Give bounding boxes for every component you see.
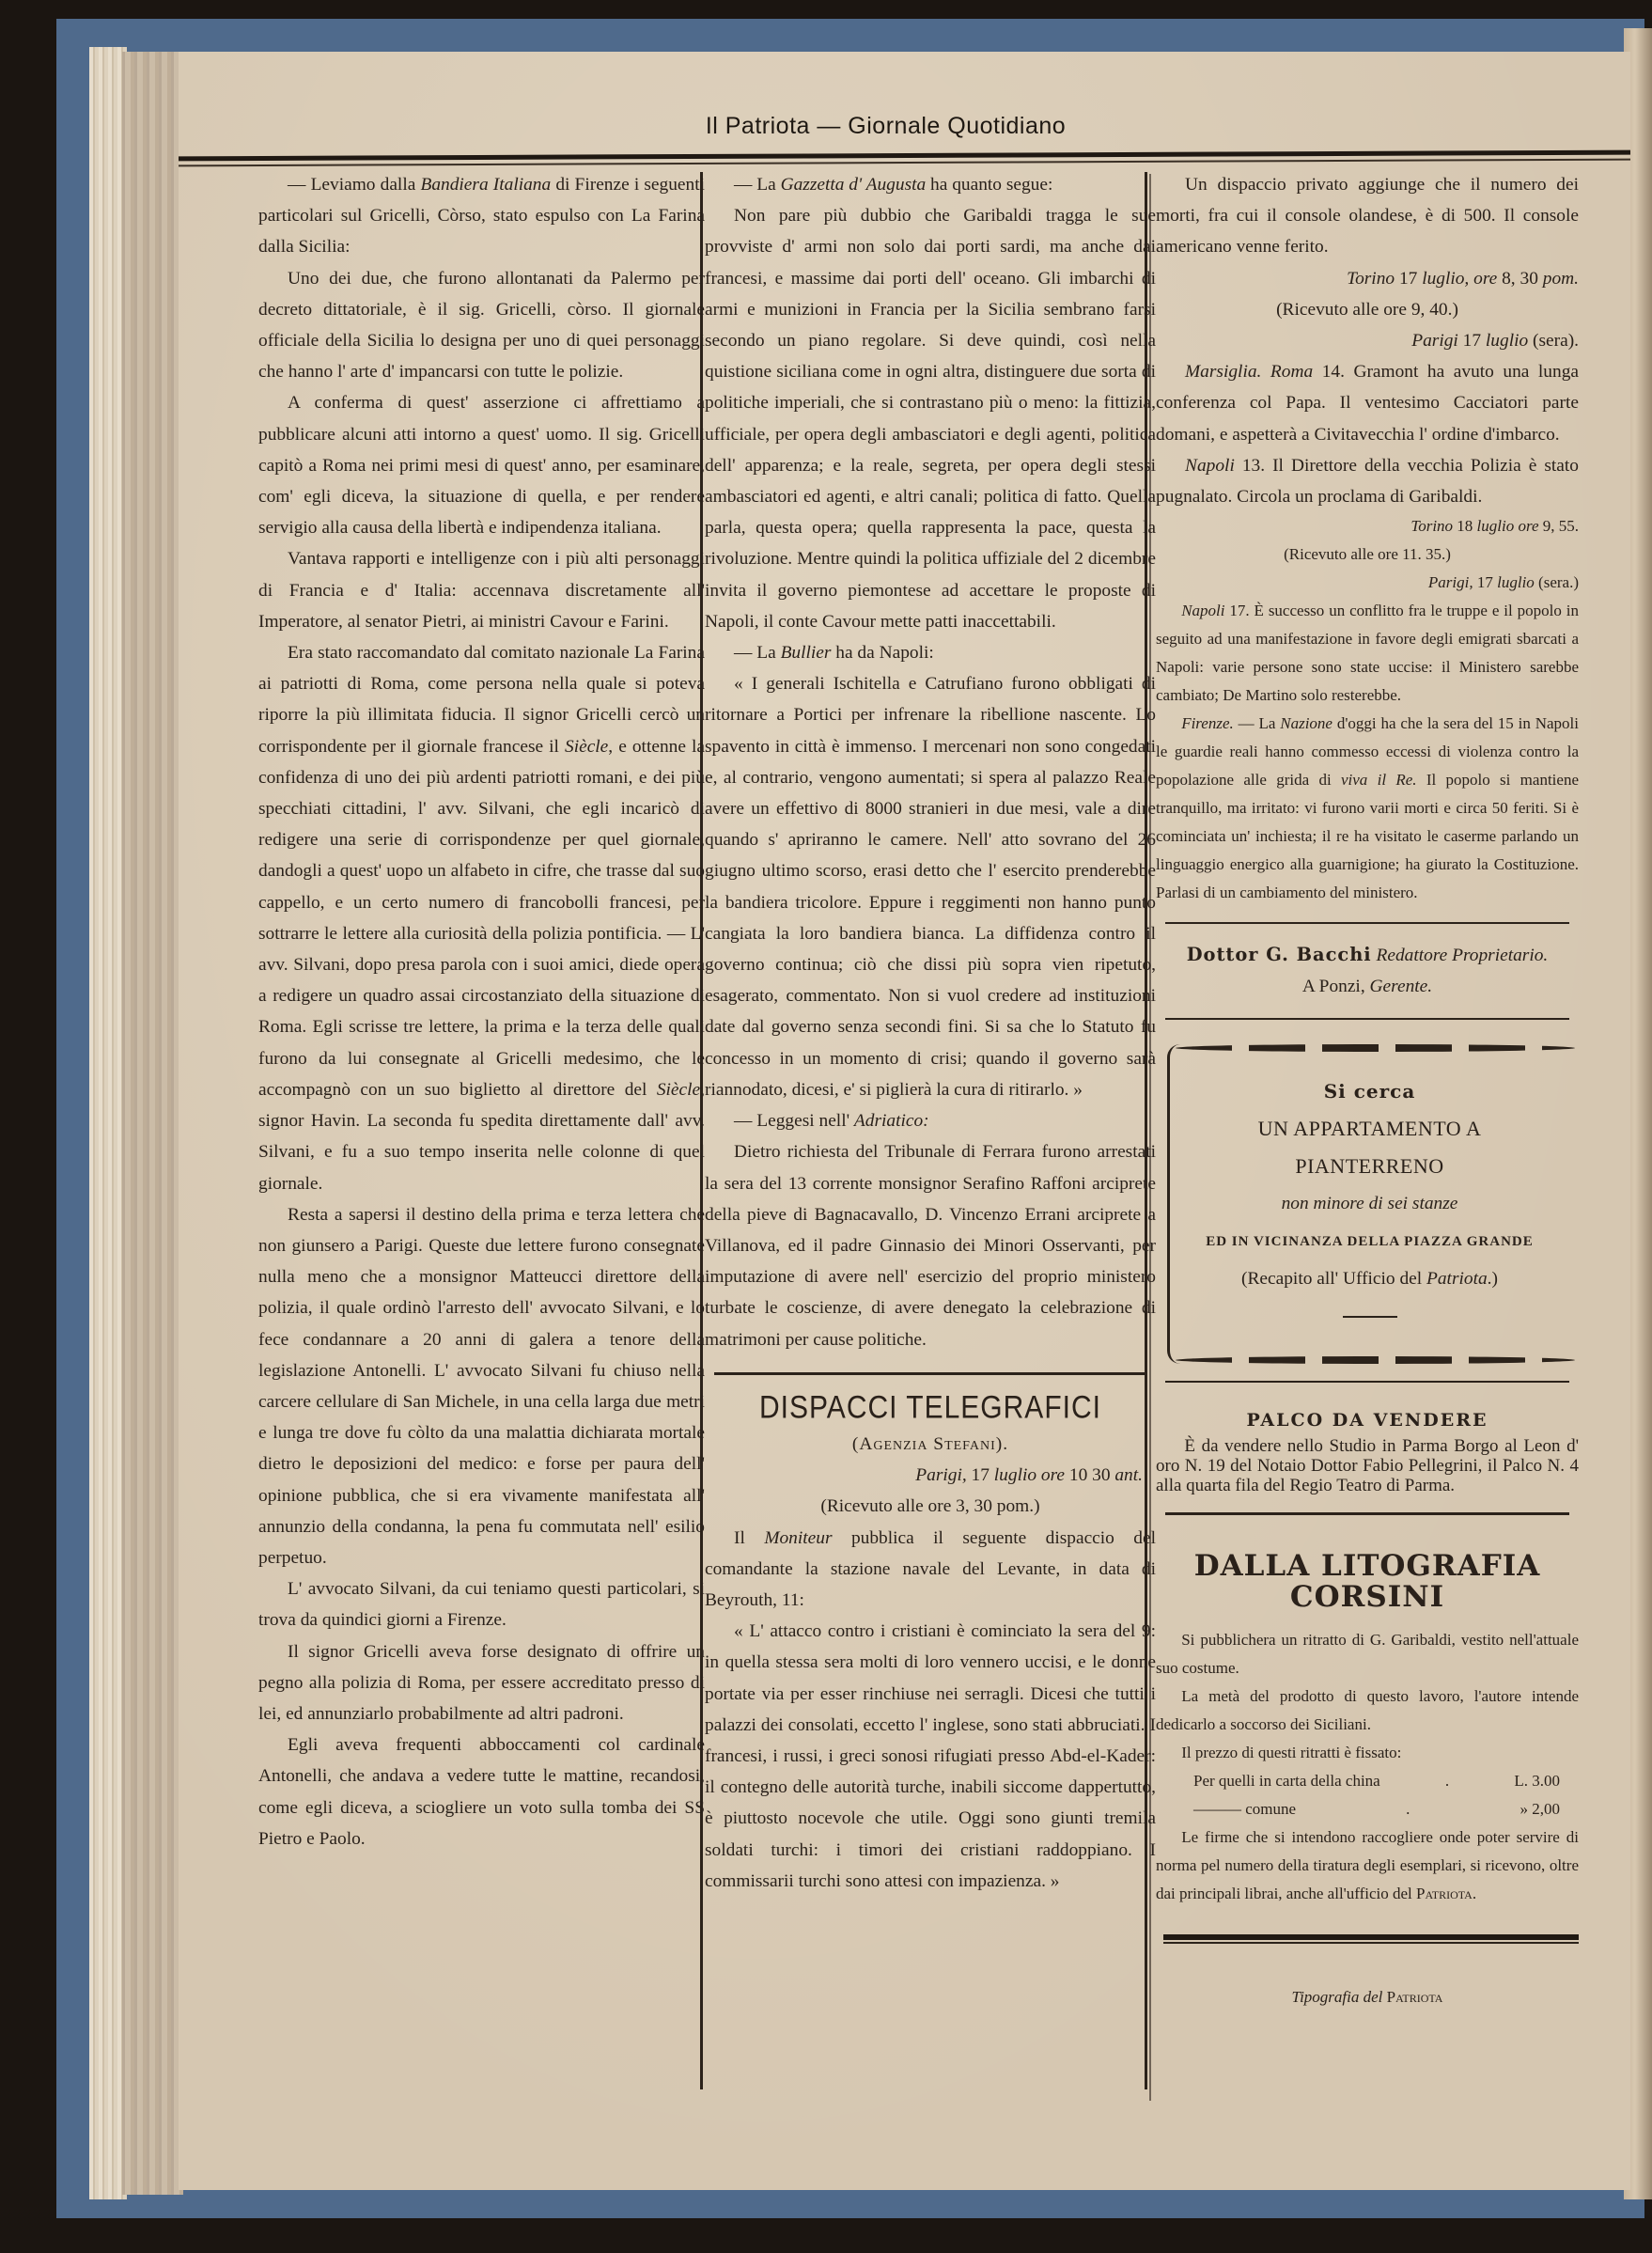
- ad-apartment-wanted: Si cerca UN APPARTAMENTO A PIANTERRENO n…: [1167, 1044, 1569, 1364]
- dateline-torino-2: Torino 18 luglio ore 9, 55.: [1156, 512, 1579, 540]
- section-divider: [714, 1372, 1146, 1375]
- dispatch-napoli-13: Napoli 13. Il Direttore della vecchia Po…: [1156, 450, 1579, 512]
- dateline-parigi-1: Parigi 17 luglio (sera).: [1156, 325, 1579, 356]
- private-dispatch: Un dispaccio privato aggiunge che il num…: [1156, 169, 1579, 263]
- ad-apartment-dash: [1187, 1298, 1552, 1336]
- paragraph: Era stato raccomandato dal comitato nazi…: [258, 637, 705, 1199]
- dispatches-agency: (Agenzia Stefani).: [705, 1429, 1156, 1460]
- ad-lito-p1: Si pubblichera un ritratto di G. Garibal…: [1156, 1626, 1579, 1682]
- received-2: (Ricevuto alle ore 11. 35.): [1156, 540, 1579, 569]
- paragraph: Resta a sapersi il destino della prima e…: [258, 1199, 705, 1573]
- paragraph: L' avvocato Silvani, da cui teniamo ques…: [258, 1573, 705, 1635]
- ad-palco-title: PALCO DA VENDERE: [1156, 1411, 1579, 1431]
- moniteur-body: « L' attacco contro i cristiani è cominc…: [705, 1616, 1156, 1897]
- dispatch-firenze: Firenze. — La Nazione d'oggi ha che la s…: [1156, 710, 1579, 907]
- ads-divider: [1165, 1018, 1569, 1020]
- ad-apartment-line3: ED IN VICINANZA DELLA PIAZZA GRANDE: [1187, 1223, 1552, 1260]
- page-gutter-shadow: [122, 52, 183, 2195]
- ad-apartment-line1: UN APPARTAMENTO A PIANTERRENO: [1187, 1110, 1552, 1185]
- dispatches-heading: DISPACCI TELEGRAFICI: [705, 1389, 1156, 1425]
- ad-palco: PALCO DA VENDERE È da vendere nello Stud…: [1156, 1411, 1579, 1495]
- article-gazzetta-body: Non pare più dubbio che Garibaldi tragga…: [705, 200, 1156, 637]
- dateline-parigi-2: Parigi, 17 luglio (sera.): [1156, 569, 1579, 597]
- source-bandiera-italiana: Bandiera Italiana: [420, 175, 551, 195]
- article-adriatico-body: Dietro richiesta del Tribunale di Ferrar…: [705, 1136, 1156, 1354]
- dispatch-napoli-17: Napoli 17. È successo un conflitto fra l…: [1156, 597, 1579, 710]
- manager-credit: A Ponzi, Gerente.: [1156, 971, 1579, 1002]
- article-bullier-intro: — La Bullier ha da Napoli:: [705, 637, 1156, 668]
- newspaper-page: Il Patriota — Giornale Quotidiano — Levi…: [179, 52, 1630, 2190]
- ad-apartment-line2: non minore di sei stanze: [1187, 1185, 1552, 1223]
- received-1: (Ricevuto alle ore 9, 40.): [1156, 294, 1579, 325]
- price-row-comune: ——— comune.» 2,00: [1156, 1795, 1579, 1823]
- ad-litografia: DALLA LITOGRAFIA CORSINI Si pubblichera …: [1156, 1551, 1579, 1908]
- ad-lito-p2: La metà del prodotto di questo lavoro, l…: [1156, 1682, 1579, 1739]
- column-3: Un dispaccio privato aggiunge che il num…: [1156, 169, 1579, 2012]
- paragraph: Egli aveva frequenti abboccamenti col ca…: [258, 1729, 705, 1854]
- ad-lito-p3: Il prezzo di questi ritratti è fissato:: [1156, 1739, 1579, 1767]
- column-1: — Leviamo dalla Bandiera Italiana di Fir…: [258, 169, 705, 1854]
- palco-divider: [1165, 1381, 1569, 1383]
- masthead-title: Il Patriota — Giornale Quotidiano: [160, 113, 1612, 140]
- ad-apartment-line4: (Recapito all' Ufficio del Patriota.): [1187, 1260, 1552, 1298]
- ad-apartment-heading: Si cerca: [1187, 1072, 1552, 1110]
- article-gazzetta-intro: — La Gazzetta d' Augusta ha quanto segue…: [705, 169, 1156, 200]
- ad-palco-body: È da vendere nello Studio in Parma Borgo…: [1156, 1436, 1579, 1495]
- page-stack-edge: [89, 47, 127, 2199]
- article-adriatico-intro: — Leggesi nell' Adriatico:: [705, 1105, 1156, 1136]
- closing-double-rule: [1163, 1934, 1579, 1944]
- credits-divider: [1165, 922, 1569, 924]
- paragraph: Vantava rapporti e intelligenze con i pi…: [258, 543, 705, 637]
- article-bullier-body: « I generali Ischitella e Catrufiano fur…: [705, 668, 1156, 1105]
- dispatch-dateline: Parigi, 17 luglio ore 10 30 ant.: [705, 1460, 1156, 1491]
- moniteur-intro: Il Moniteur pubblica il seguente dispacc…: [705, 1523, 1156, 1617]
- column-2: — La Gazzetta d' Augusta ha quanto segue…: [705, 169, 1156, 1897]
- dispatch-marsiglia: Marsiglia. Roma 14. Gramont ha avuto una…: [1156, 356, 1579, 450]
- printer-footer: Tipografia del Patriota: [1156, 1981, 1579, 2012]
- dispatch-received: (Ricevuto alle ore 3, 30 pom.): [705, 1491, 1156, 1522]
- price-row-china: Per quelli in carta della china.L. 3.00: [1156, 1767, 1579, 1795]
- ad-lito-p4: Le firme che si intendono raccogliere on…: [1156, 1823, 1579, 1908]
- paragraph: Uno dei due, che furono allontanati da P…: [258, 263, 705, 388]
- ad-lito-title: DALLA LITOGRAFIA CORSINI: [1156, 1551, 1579, 1613]
- article-gricelli-intro: — Leviamo dalla Bandiera Italiana di Fir…: [258, 169, 705, 263]
- lito-divider: [1165, 1512, 1569, 1515]
- paragraph: Il signor Gricelli aveva forse designato…: [258, 1636, 705, 1730]
- editor-credit: Dottor G. Bacchi Redattore Proprietario.: [1156, 939, 1579, 971]
- dateline-torino-1: Torino 17 luglio, ore 8, 30 pom.: [1156, 263, 1579, 294]
- paragraph: A conferma di quest' asserzione ci affre…: [258, 387, 705, 543]
